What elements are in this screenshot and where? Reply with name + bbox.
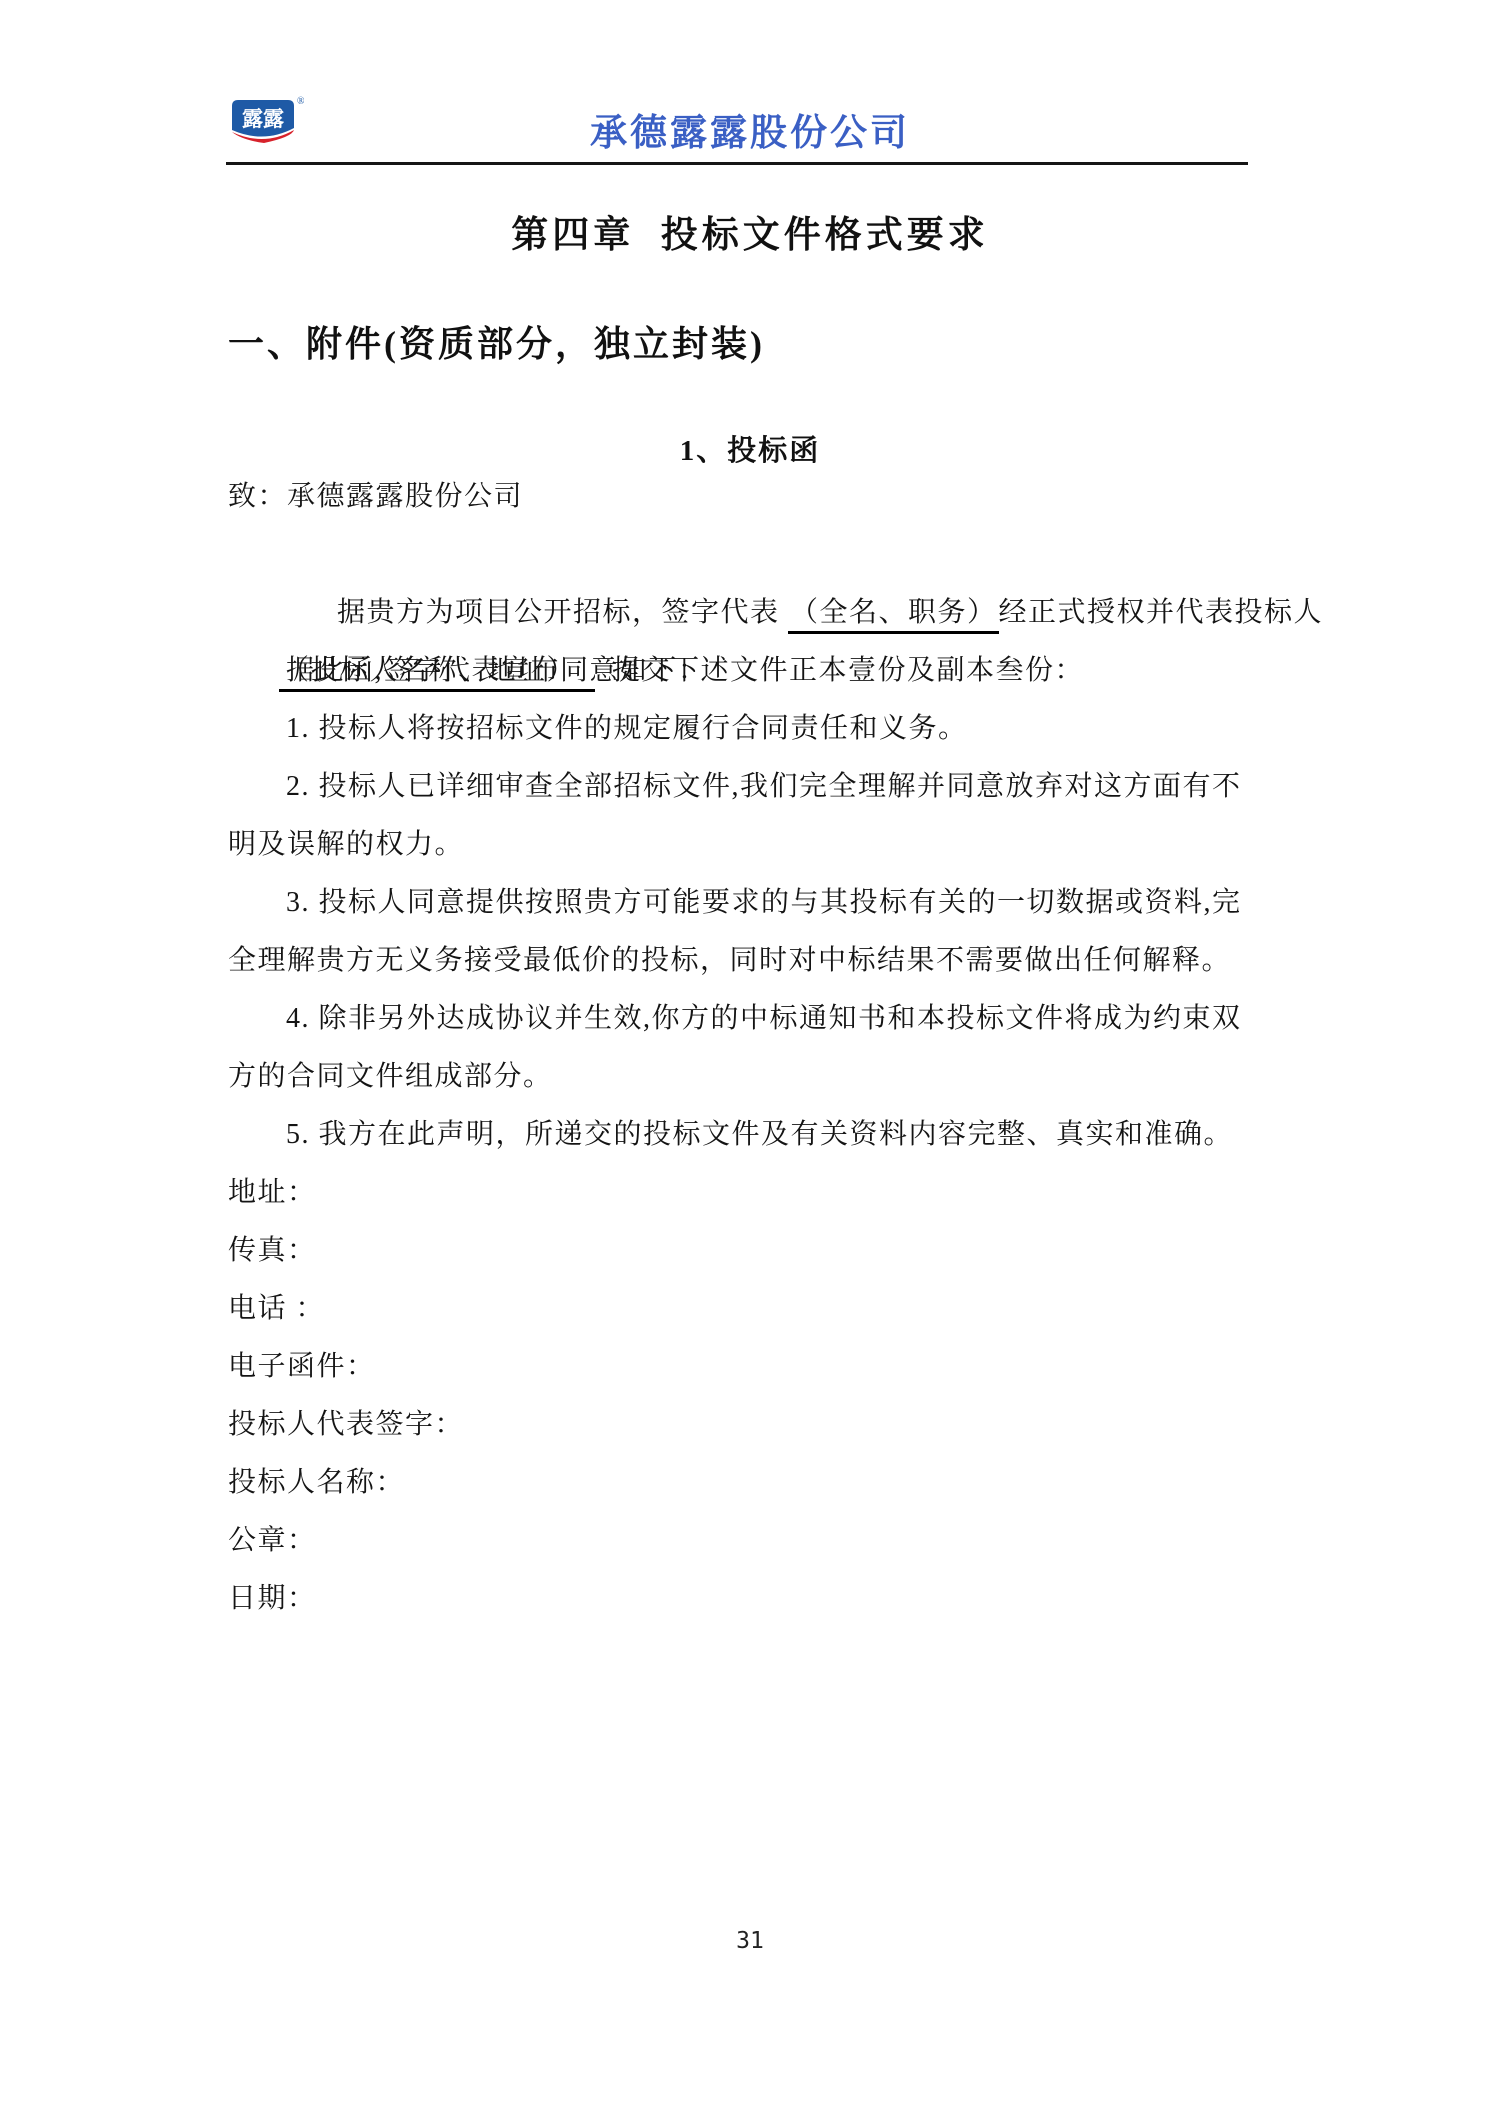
field-bidder-name: 投标人名称： — [228, 1454, 1304, 1512]
letter-item-2-line-2: 明及误解的权力。 — [228, 816, 1304, 874]
chapter-title: 第四章 投标文件格式要求 — [0, 204, 1500, 258]
header-company-name: 承德露露股份公司 — [0, 102, 1500, 156]
bid-letter-body: 致：承德露露股份公司 据贵方为项目公开招标，签字代表 （全名、职务）经正式授权并… — [228, 468, 1304, 1628]
field-official-seal: 公章： — [228, 1512, 1304, 1570]
para1-post-text: 经正式授权并代表投标人 — [999, 597, 1324, 628]
letter-item-4-line-2: 方的合同文件组成部分。 — [228, 1048, 1304, 1106]
field-fax: 传真： — [228, 1222, 1304, 1280]
page-number: 31 — [0, 1928, 1500, 1954]
letter-item-1: 1. 投标人将按招标文件的规定履行合同责任和义务。 — [228, 700, 1304, 758]
field-email: 电子函件： — [228, 1338, 1304, 1396]
sub-heading-bid-letter: 1、投标函 — [0, 428, 1500, 469]
letter-item-4-line-1: 4. 除非另外达成协议并生效,你方的中标通知书和本投标文件将成为约束双 — [228, 990, 1304, 1048]
header-rule — [226, 162, 1248, 165]
letter-item-5: 5. 我方在此声明，所递交的投标文件及有关资料内容完整、真实和准确。 — [228, 1106, 1304, 1164]
letter-salutation: 致：承德露露股份公司 — [228, 468, 1304, 526]
section-heading-attachment: 一、附件(资质部分，独立封装) — [228, 316, 1328, 367]
letter-item-3-line-2: 全理解贵方无义务接受最低价的投标，同时对中标结果不需要做出任何解释。 — [228, 932, 1304, 990]
field-phone: 电话 ： — [228, 1280, 1304, 1338]
letter-item-2-line-1: 2. 投标人已详细审查全部招标文件,我们完全理解并同意放弃对这方面有不 — [228, 758, 1304, 816]
field-representative-signature: 投标人代表签字： — [228, 1396, 1304, 1454]
field-address: 地址： — [228, 1164, 1304, 1222]
document-page: 露露 ® 承德露露股份公司 第四章 投标文件格式要求 一、附件(资质部分，独立封… — [0, 0, 1500, 2121]
para1-underlined-blank: （全名、职务） — [788, 597, 999, 634]
letter-paragraph-line-1: 据贵方为项目公开招标，签字代表 （全名、职务）经正式授权并代表投标人 — [228, 526, 1304, 584]
para1-pre-text: 据贵方为项目公开招标，签字代表 — [337, 597, 788, 628]
field-date: 日期： — [228, 1570, 1304, 1628]
letter-item-3-line-1: 3. 投标人同意提供按照贵方可能要求的与其投标有关的一切数据或资料,完 — [228, 874, 1304, 932]
